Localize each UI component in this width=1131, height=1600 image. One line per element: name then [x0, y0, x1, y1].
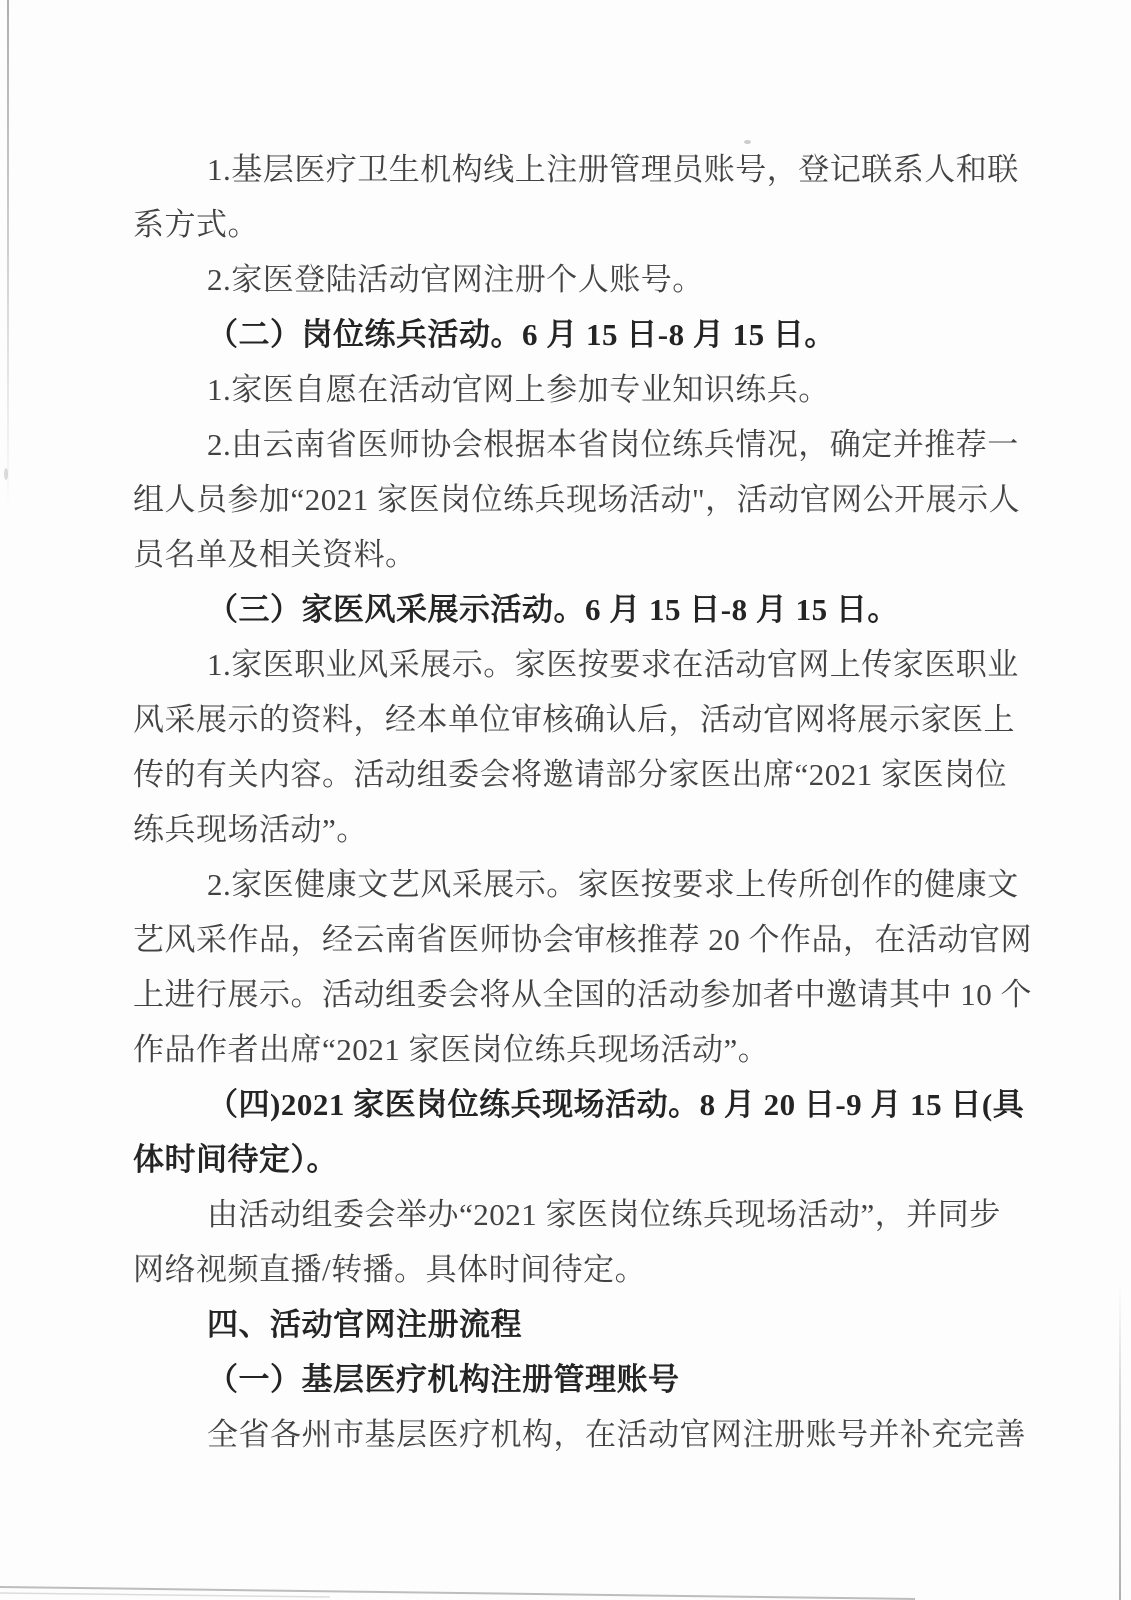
text-line: 2.家医登陆活动官网注册个人账号。	[133, 252, 1018, 307]
text-line: 作品作者出席“2021 家医岗位练兵现场活动”。	[133, 1022, 1018, 1077]
text-line: 传的有关内容。活动组委会将邀请部分家医出席“2021 家医岗位	[133, 747, 1018, 802]
text-line: 艺风采作品，经云南省医师协会审核推荐 20 个作品，在活动官网	[133, 912, 1018, 967]
text-line: 1.基层医疗卫生机构线上注册管理员账号，登记联系人和联	[133, 142, 1018, 197]
text-line: 体时间待定）。	[133, 1132, 1018, 1187]
text-line: 组人员参加“2021 家医岗位练兵现场活动"，活动官网公开展示人	[133, 472, 1018, 527]
scan-speck	[4, 468, 8, 480]
text-line: （四)2021 家医岗位练兵现场活动。8 月 20 日-9 月 15 日(具	[133, 1077, 1018, 1132]
scan-edge-left	[7, 0, 9, 510]
text-line: 全省各州市基层医疗机构，在活动官网注册账号并补充完善	[133, 1407, 1018, 1462]
text-line: 练兵现场活动”。	[133, 802, 1018, 857]
text-line: 1.家医自愿在活动官网上参加专业知识练兵。	[133, 362, 1018, 417]
scan-edge-right	[1119, 1285, 1121, 1600]
document-text: 1.基层医疗卫生机构线上注册管理员账号，登记联系人和联系方式。2.家医登陆活动官…	[133, 142, 1018, 1462]
text-line: 2.家医健康文艺风采展示。家医按要求上传所创作的健康文	[133, 857, 1018, 912]
text-line: （三）家医风采展示活动。6 月 15 日-8 月 15 日。	[133, 582, 1018, 637]
text-line: 上进行展示。活动组委会将从全国的活动参加者中邀请其中 10 个	[133, 967, 1018, 1022]
text-line: （二）岗位练兵活动。6 月 15 日-8 月 15 日。	[133, 307, 1018, 362]
text-line: 由活动组委会举办“2021 家医岗位练兵现场活动”，并同步	[133, 1187, 1018, 1242]
text-line: 风采展示的资料，经本单位审核确认后，活动官网将展示家医上	[133, 692, 1018, 747]
text-line: （一）基层医疗机构注册管理账号	[133, 1352, 1018, 1407]
text-line: 员名单及相关资料。	[133, 527, 1018, 582]
text-line: 网络视频直播/转播。具体时间待定。	[133, 1242, 1018, 1297]
text-line: 1.家医职业风采展示。家医按要求在活动官网上传家医职业	[133, 637, 1018, 692]
text-line: 四、活动官网注册流程	[133, 1297, 1018, 1352]
text-line: 系方式。	[133, 197, 1018, 252]
document-page: 1.基层医疗卫生机构线上注册管理员账号，登记联系人和联系方式。2.家医登陆活动官…	[0, 0, 1131, 1600]
text-line: 2.由云南省医师协会根据本省岗位练兵情况，确定并推荐一	[133, 417, 1018, 472]
